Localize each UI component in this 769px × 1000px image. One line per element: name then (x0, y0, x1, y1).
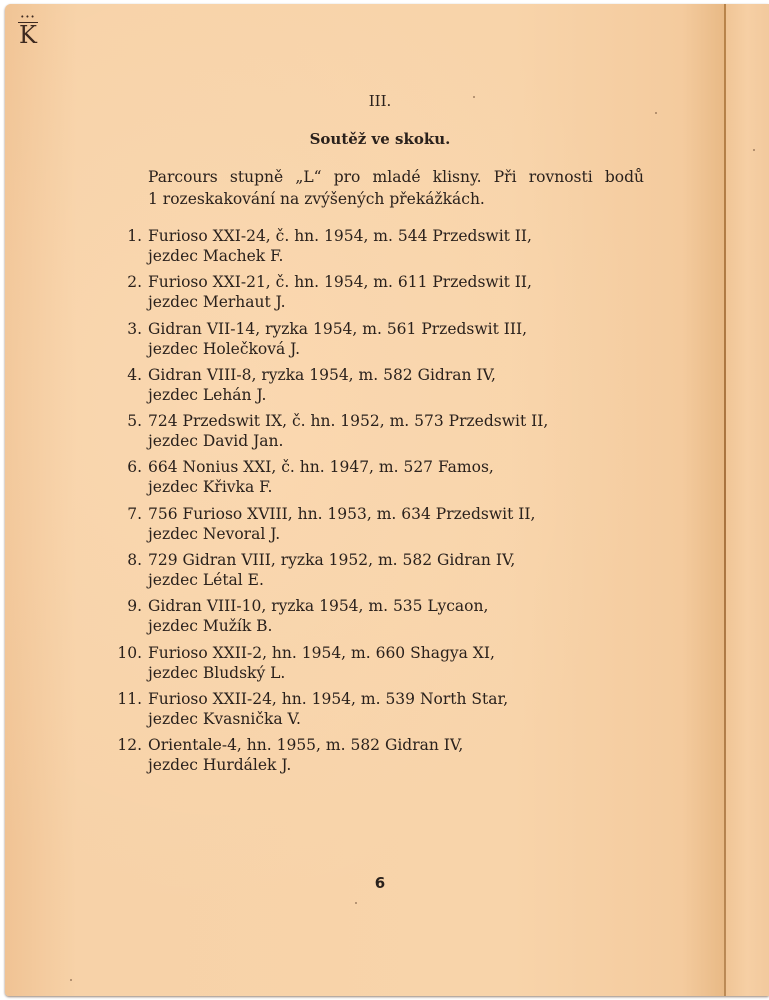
entry-horse: Gidran VIII-8, ryzka 1954, m. 582 Gidran… (148, 365, 496, 385)
entry-horse: Orientale-4, hn. 1955, m. 582 Gidran IV, (148, 735, 463, 755)
page-number: 6 (5, 874, 755, 892)
entry-number: 8. (127, 550, 142, 570)
paper-speck (655, 112, 657, 114)
entry-number: 7. (127, 504, 142, 524)
list-item: 9. Gidran VIII-10, ryzka 1954, m. 535 Ly… (105, 596, 625, 640)
entry-horse: Furioso XXII-24, hn. 1954, m. 539 North … (148, 689, 508, 709)
entry-number: 3. (127, 319, 142, 339)
list-item: 2. Furioso XXI-21, č. hn. 1954, m. 611 P… (105, 272, 625, 316)
entry-rider: jezdec Nevoral J. (148, 524, 280, 544)
list-item: 3. Gidran VII-14, ryzka 1954, m. 561 Prz… (105, 319, 625, 363)
entry-number: 1. (127, 226, 142, 246)
entry-horse: Gidran VIII-10, ryzka 1954, m. 535 Lycao… (148, 596, 488, 616)
paper-speck (70, 979, 72, 981)
paper-speck (473, 96, 475, 98)
paper-speck (753, 149, 755, 151)
entry-number: 10. (117, 643, 142, 663)
entry-rider: jezdec Kvasnička V. (148, 709, 301, 729)
entry-horse: 756 Furioso XVIII, hn. 1953, m. 634 Prze… (148, 504, 535, 524)
entry-rider: jezdec Holečková J. (148, 339, 300, 359)
entry-list: 1. Furioso XXI-24, č. hn. 1954, m. 544 P… (105, 226, 625, 782)
section-number: III. (5, 92, 755, 110)
entry-horse: 664 Nonius XXI, č. hn. 1947, m. 527 Famo… (148, 457, 494, 477)
list-item: 1. Furioso XXI-24, č. hn. 1954, m. 544 P… (105, 226, 625, 270)
entry-number: 12. (117, 735, 142, 755)
list-item: 5. 724 Przedswit IX, č. hn. 1952, m. 573… (105, 411, 625, 455)
scanned-page: ••• K III. Soutěž ve skoku. Parcours stu… (5, 4, 769, 996)
entry-horse: Gidran VII-14, ryzka 1954, m. 561 Przeds… (148, 319, 527, 339)
section-title: Soutěž ve skoku. (5, 130, 755, 148)
list-item: 11. Furioso XXII-24, hn. 1954, m. 539 No… (105, 689, 625, 733)
entry-rider: jezdec Bludský L. (148, 663, 285, 683)
list-item: 6. 664 Nonius XXI, č. hn. 1947, m. 527 F… (105, 457, 625, 501)
entry-rider: jezdec Lehán J. (148, 385, 266, 405)
entry-number: 9. (127, 596, 142, 616)
entry-rider: jezdec Mužík B. (148, 616, 272, 636)
entry-rider: jezdec Machek F. (148, 246, 283, 266)
list-item: 7. 756 Furioso XVIII, hn. 1953, m. 634 P… (105, 504, 625, 548)
list-item: 10. Furioso XXII-2, hn. 1954, m. 660 Sha… (105, 643, 625, 687)
paper-speck (355, 902, 357, 904)
entry-horse: Furioso XXI-24, č. hn. 1954, m. 544 Prze… (148, 226, 532, 246)
entry-rider: jezdec Létal E. (148, 570, 264, 590)
entry-rider: jezdec Křivka F. (148, 477, 272, 497)
entry-horse: 724 Przedswit IX, č. hn. 1952, m. 573 Pr… (148, 411, 548, 431)
entry-rider: jezdec David Jan. (148, 431, 283, 451)
entry-horse: Furioso XXII-2, hn. 1954, m. 660 Shagya … (148, 643, 495, 663)
page-content: III. Soutěž ve skoku. Parcours stupně „L… (5, 4, 725, 996)
entry-number: 6. (127, 457, 142, 477)
entry-rider: jezdec Merhaut J. (148, 292, 286, 312)
entry-number: 2. (127, 272, 142, 292)
list-item: 12. Orientale-4, hn. 1955, m. 582 Gidran… (105, 735, 625, 779)
intro-line-2: 1 rozeskakování na zvýšených překážkách. (148, 188, 644, 210)
entry-horse: Furioso XXI-21, č. hn. 1954, m. 611 Prze… (148, 272, 532, 292)
entry-rider: jezdec Hurdálek J. (148, 755, 291, 775)
list-item: 8. 729 Gidran VIII, ryzka 1952, m. 582 G… (105, 550, 625, 594)
intro-line-1: Parcours stupně „L“ pro mladé klisny. Př… (148, 166, 644, 188)
intro-paragraph: Parcours stupně „L“ pro mladé klisny. Př… (148, 166, 644, 210)
entry-number: 11. (117, 689, 142, 709)
list-item: 4. Gidran VIII-8, ryzka 1954, m. 582 Gid… (105, 365, 625, 409)
next-page-edge (726, 4, 769, 996)
entry-number: 5. (127, 411, 142, 431)
entry-number: 4. (127, 365, 142, 385)
entry-horse: 729 Gidran VIII, ryzka 1952, m. 582 Gidr… (148, 550, 515, 570)
